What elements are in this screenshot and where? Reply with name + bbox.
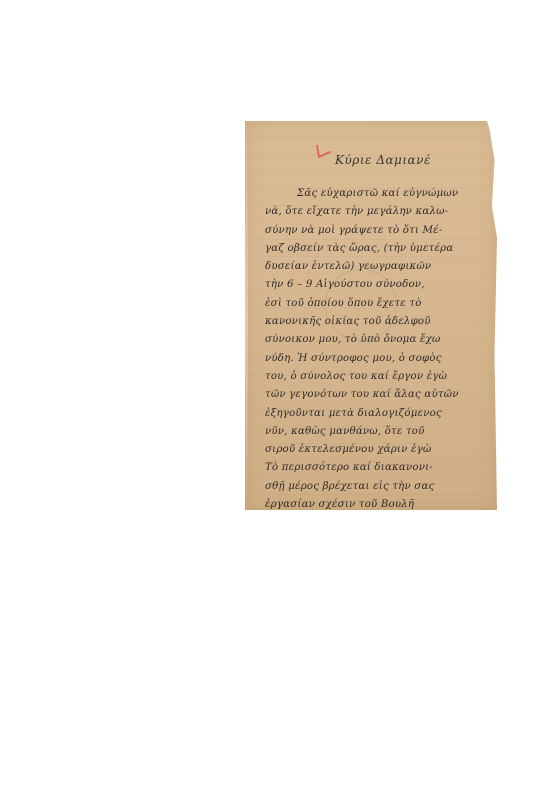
letter-line: τὴν 6 – 9 Αἰγούστου σύνοδον, [265, 276, 493, 294]
letter-line: του, ὁ σύνολος του καί ἔργον ἐγὼ [265, 368, 493, 386]
letter-line: δυσείαν ἐντελῶ) γεωγραφικῶν [265, 258, 493, 276]
letter-line: νὰ, ὅτε εἴχατε τὴν μεγάλην καλω- [265, 203, 493, 221]
letter-line: γαζ οβσείν τὰς ὥρας, (τὴν ὑμετέρα [265, 240, 493, 258]
letter-line: σιροῦ ἐκτελεσμένου χάριν ἐγὼ [265, 441, 493, 459]
letter-line: κανονικῆς οἰκίας τοῦ ἀδελφοῦ [265, 313, 493, 331]
letter-page: Κύριε Δαμιανέ Σᾶς εὐχαριστῶ καί εὐγνώμων… [245, 121, 497, 510]
letter-line: νῦν, καθὼς μανθάνω, ὅτε τοῦ [265, 423, 493, 441]
page-edge-wear [245, 121, 248, 510]
letter-line: σύνοικον μου, τὸ ὑπὸ ὄνομα ἔχω [265, 331, 493, 349]
letter-body: Σᾶς εὐχαριστῶ καί εὐγνώμων νὰ, ὅτε εἴχατ… [265, 185, 493, 514]
letter-line: Σᾶς εὐχαριστῶ καί εὐγνώμων [265, 185, 493, 203]
red-checkmark-icon [315, 145, 331, 159]
letter-salutation: Κύριε Δαμιανέ [335, 153, 431, 167]
letter-line: ἐξηγοῦνται μετὰ διαλογιζόμενος [265, 405, 493, 423]
letter-line: ἐργασίαν σχέσιν τοῦ Βουλῆ [265, 496, 493, 514]
letter-line: σύνην νὰ μοὶ γράψετε τὸ ὅτι Μέ- [265, 222, 493, 240]
letter-line: Τὸ περισσότερο καί διακανονι- [265, 459, 493, 477]
letter-line: ἐσὶ τοῦ ὁποίου ὅπου ἔχετε τὸ [265, 295, 493, 313]
letter-line: νύδη. Ἡ σύντροφος μου, ὁ σοφὸς [265, 350, 493, 368]
letter-line: σθῇ μέρος βρέχεται εἰς τὴν σας [265, 478, 493, 496]
letter-line: τῶν γεγονότων του καί ἅλας αὐτῶν [265, 386, 493, 404]
